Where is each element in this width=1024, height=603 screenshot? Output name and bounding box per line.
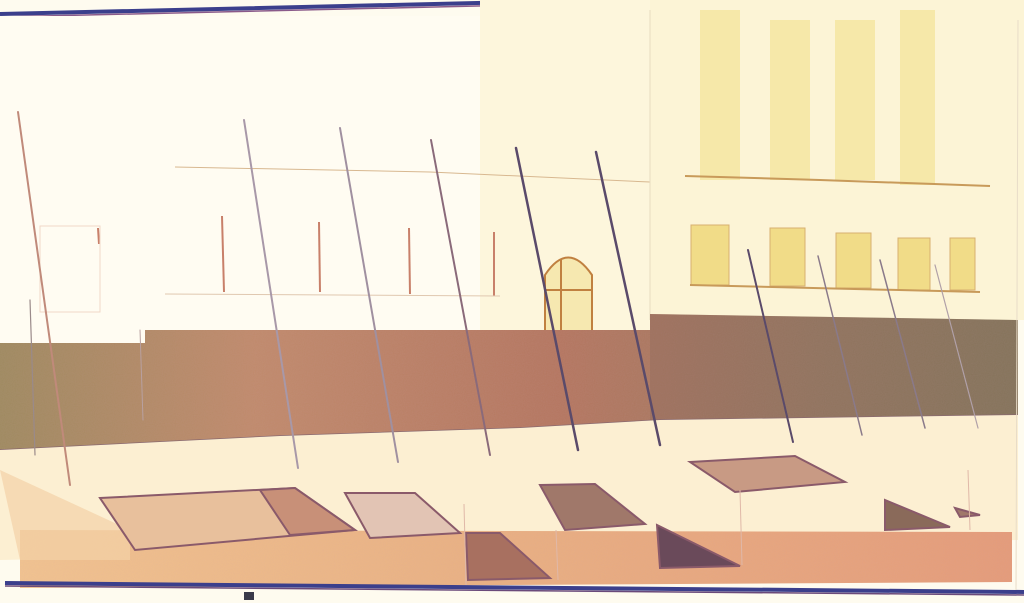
painting-canvas (0, 0, 1024, 603)
facade (0, 0, 1024, 346)
